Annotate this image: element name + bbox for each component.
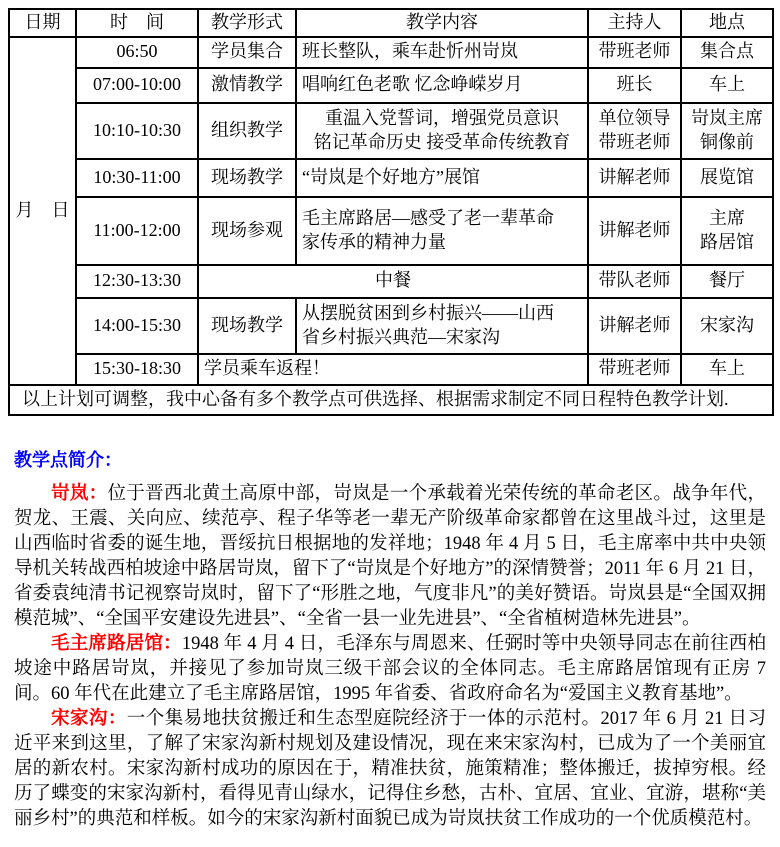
table-row: 14:00-15:30 现场教学 从摆脱贫困到乡村振兴——山西 省乡村振兴典范—…: [9, 298, 773, 354]
content-cell: “岢岚是个好地方”展馆: [296, 159, 588, 197]
plan-note: 以上计划可调整，我中心备有多个教学点可供选择、根据需求制定不同日程特色教学计划.: [9, 385, 773, 415]
location-cell: 车上: [681, 68, 773, 103]
location-cell: 集合点: [681, 37, 773, 68]
table-row: 10:10-10:30 组织教学 重温入党誓词，增强党员意识 铭记革命历史 接受…: [9, 103, 773, 159]
intro-paragraph-maozhuxi-lujuguan: 毛主席路居馆：1948 年 4 月 4 日，毛泽东与周恩来、任弼时等中央领导同志…: [14, 632, 766, 707]
document-page: 日期 时 间 教学形式 教学内容 主持人 地点 月 日 06:50 学员集合 班…: [0, 0, 780, 847]
paragraph-lead-maozhuxi-lujuguan: 毛主席路居馆：: [51, 634, 182, 654]
host-cell: 单位领导 带班老师: [588, 103, 681, 159]
paragraph-lead-kelan: 岢岚：: [51, 484, 107, 504]
table-header-row: 日期 时 间 教学形式 教学内容 主持人 地点: [9, 9, 773, 37]
host-cell: 讲解老师: [588, 298, 681, 354]
host-cell: 班长: [588, 68, 681, 103]
time-cell: 15:30-18:30: [76, 354, 198, 385]
header-time: 时 间: [76, 9, 198, 37]
form-cell: 现场教学: [198, 159, 296, 197]
content-cell: 班长整队，乘车赴忻州岢岚: [296, 37, 588, 68]
location-cell: 展览馆: [681, 159, 773, 197]
content-cell: 重温入党誓词，增强党员意识 铭记革命历史 接受革命传统教育: [296, 103, 588, 159]
paragraph-text-kelan: 位于晋西北黄土高原中部，岢岚是一个承载着光荣传统的革命老区。战争年代，贺龙、王震…: [14, 484, 766, 629]
time-cell: 12:30-13:30: [76, 265, 198, 298]
time-cell: 06:50: [76, 37, 198, 68]
host-cell: 讲解老师: [588, 197, 681, 265]
intro-paragraph-kelan: 岢岚：位于晋西北黄土高原中部，岢岚是一个承载着光荣传统的革命老区。战争年代，贺龙…: [14, 482, 766, 632]
table-note-row: 以上计划可调整，我中心备有多个教学点可供选择、根据需求制定不同日程特色教学计划.: [9, 385, 773, 415]
intro-heading: 教学点简介：: [14, 446, 766, 472]
table-row: 月 日 06:50 学员集合 班长整队，乘车赴忻州岢岚 带班老师 集合点: [9, 37, 773, 68]
intro-section: 教学点简介： 岢岚：位于晋西北黄土高原中部，岢岚是一个承载着光荣传统的革命老区。…: [14, 446, 766, 832]
time-cell: 10:10-10:30: [76, 103, 198, 159]
form-cell: 现场教学: [198, 298, 296, 354]
table-row: 12:30-13:30 中餐 带队老师 餐厅: [9, 265, 773, 298]
location-cell: 车上: [681, 354, 773, 385]
header-form: 教学形式: [198, 9, 296, 37]
table-row: 11:00-12:00 现场参观 毛主席路居—感受了老一辈革命 家传承的精神力量…: [9, 197, 773, 265]
paragraph-lead-songjiagou: 宋家沟：: [51, 709, 127, 729]
header-location: 地点: [681, 9, 773, 37]
content-cell: 毛主席路居—感受了老一辈革命 家传承的精神力量: [296, 197, 588, 265]
date-cell: 月 日: [9, 37, 76, 385]
header-host: 主持人: [588, 9, 681, 37]
content-cell: 从摆脱贫困到乡村振兴——山西 省乡村振兴典范—宋家沟: [296, 298, 588, 354]
schedule-table: 日期 时 间 教学形式 教学内容 主持人 地点 月 日 06:50 学员集合 班…: [8, 8, 774, 416]
form-cell: 学员集合: [198, 37, 296, 68]
merged-content-cell: 中餐: [198, 265, 588, 298]
time-cell: 10:30-11:00: [76, 159, 198, 197]
time-cell: 07:00-10:00: [76, 68, 198, 103]
merged-content-cell: 学员乘车返程！: [198, 354, 588, 385]
time-cell: 14:00-15:30: [76, 298, 198, 354]
table-row: 15:30-18:30 学员乘车返程！ 带班老师 车上: [9, 354, 773, 385]
form-cell: 组织教学: [198, 103, 296, 159]
location-cell: 岢岚主席 铜像前: [681, 103, 773, 159]
time-cell: 11:00-12:00: [76, 197, 198, 265]
table-row: 07:00-10:00 激情教学 唱响红色老歌 忆念峥嵘岁月 班长 车上: [9, 68, 773, 103]
host-cell: 带班老师: [588, 354, 681, 385]
host-cell: 带队老师: [588, 265, 681, 298]
form-cell: 激情教学: [198, 68, 296, 103]
host-cell: 讲解老师: [588, 159, 681, 197]
host-cell: 带班老师: [588, 37, 681, 68]
header-date: 日期: [9, 9, 76, 37]
location-cell: 宋家沟: [681, 298, 773, 354]
intro-paragraph-songjiagou: 宋家沟：一个集易地扶贫搬迁和生态型庭院经济于一体的示范村。2017 年 6 月 …: [14, 707, 766, 832]
header-content: 教学内容: [296, 9, 588, 37]
location-cell: 餐厅: [681, 265, 773, 298]
location-cell: 主席 路居馆: [681, 197, 773, 265]
content-cell: 唱响红色老歌 忆念峥嵘岁月: [296, 68, 588, 103]
paragraph-text-songjiagou: 一个集易地扶贫搬迁和生态型庭院经济于一体的示范村。2017 年 6 月 21 日…: [14, 709, 766, 829]
form-cell: 现场参观: [198, 197, 296, 265]
table-row: 10:30-11:00 现场教学 “岢岚是个好地方”展馆 讲解老师 展览馆: [9, 159, 773, 197]
